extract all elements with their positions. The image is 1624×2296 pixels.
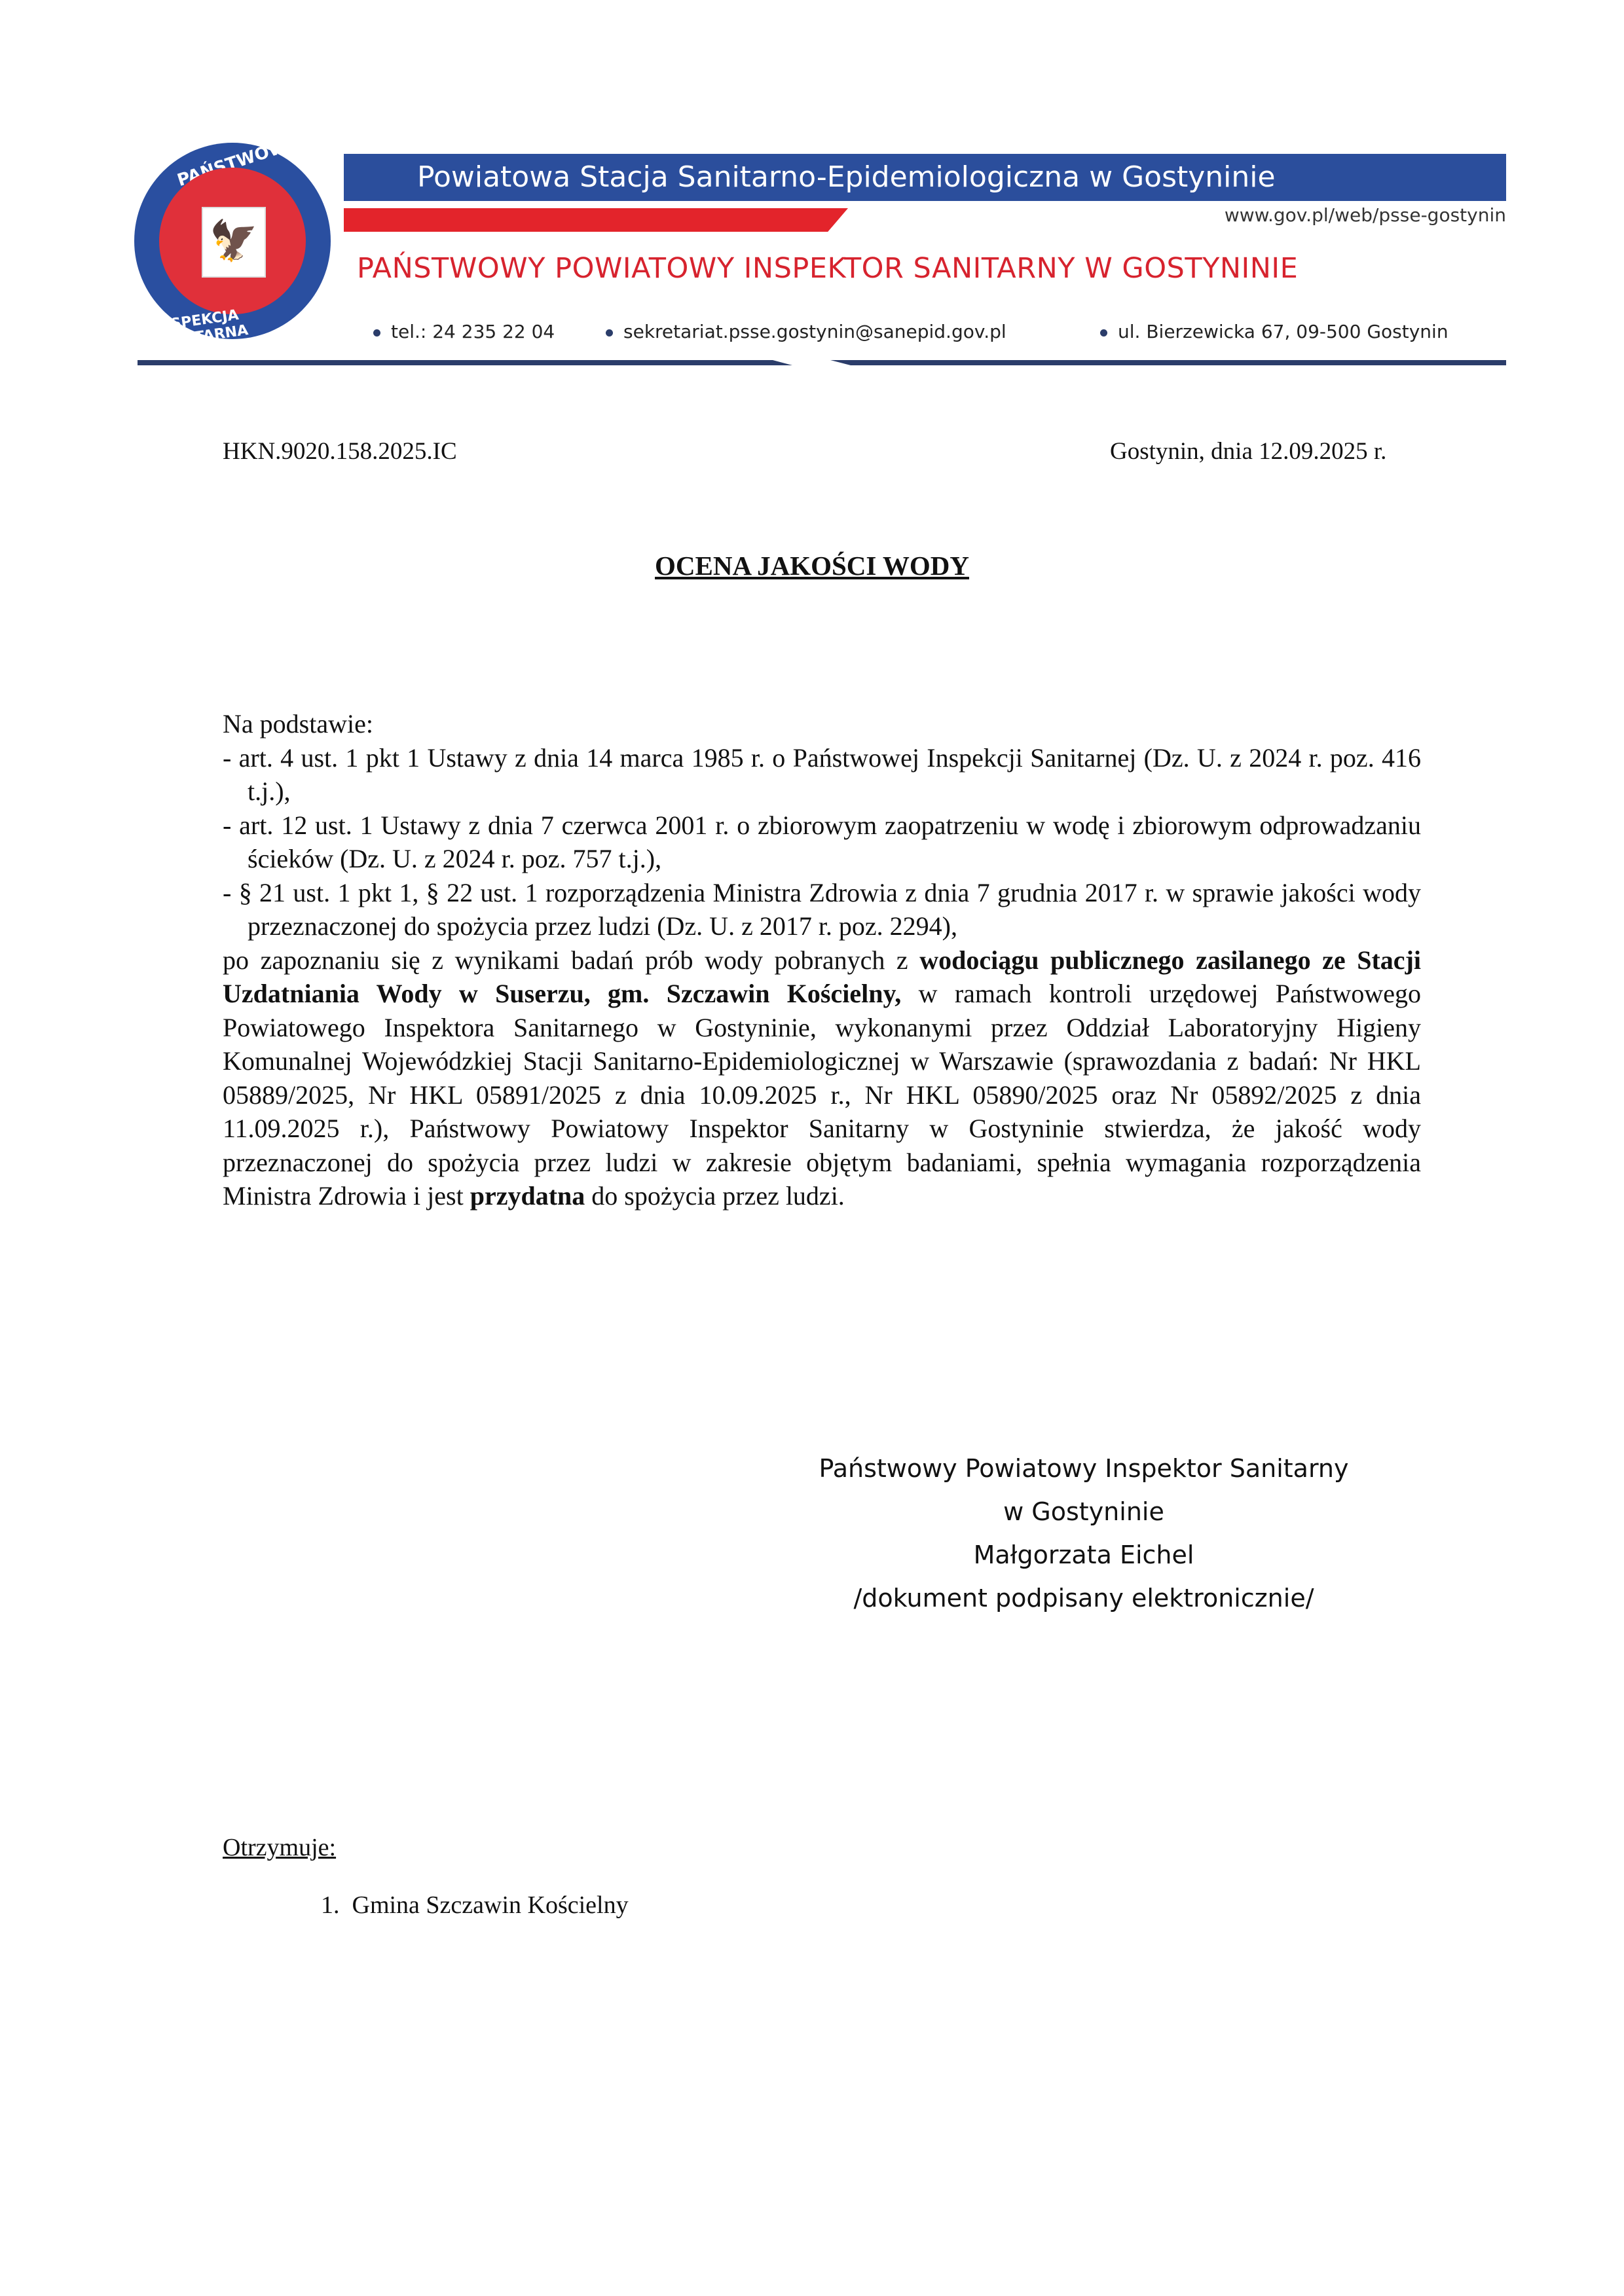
header-divider-left: [138, 360, 792, 365]
header-divider-right: [830, 360, 1506, 365]
bullet-icon: [606, 329, 613, 337]
bullet-icon: [373, 329, 380, 337]
signatory-title: Państwowy Powiatowy Inspektor Sanitarny: [773, 1447, 1395, 1490]
bullet-icon: [1100, 329, 1107, 337]
legal-basis-item: - art. 12 ust. 1 Ustawy z dnia 7 czerwca…: [223, 809, 1421, 876]
document-body: Na podstawie: - art. 4 ust. 1 pkt 1 Usta…: [223, 707, 1421, 1213]
signatory-name: Małgorzata Eichel: [773, 1533, 1395, 1576]
legal-basis-item: - art. 4 ust. 1 pkt 1 Ustawy z dnia 14 m…: [223, 741, 1421, 809]
place-and-date: Gostynin, dnia 12.09.2025 r.: [1110, 437, 1386, 465]
address-text: ul. Bierzewicka 67, 09-500 Gostynin: [1118, 321, 1449, 342]
document-title: OCENA JAKOŚCI WODY: [0, 550, 1624, 581]
verdict: przydatna: [470, 1181, 585, 1211]
findings-text: do spożycia przez ludzi.: [585, 1181, 845, 1211]
inspector-title: PAŃSTWOWY POWIATOWY INSPEKTOR SANITARNY …: [357, 252, 1509, 285]
sanitary-inspection-logo: PAŃSTWOWA 🦅 INSPEKCJA SANITARNA: [134, 143, 331, 339]
contact-address: ul. Bierzewicka 67, 09-500 Gostynin: [1100, 321, 1449, 342]
document-title-text: OCENA JAKOŚCI WODY: [655, 551, 969, 581]
signature-block: Państwowy Powiatowy Inspektor Sanitarny …: [773, 1447, 1395, 1620]
findings-paragraph: po zapoznaniu się z wynikami badań prób …: [223, 943, 1421, 1213]
red-accent-bar: [344, 208, 848, 232]
website-link[interactable]: www.gov.pl/web/psse-gostynin: [1080, 204, 1506, 226]
findings-text: po zapoznaniu się z wynikami badań prób …: [223, 945, 919, 975]
recipient-item: 1. Gmina Szczawin Kościelny: [321, 1891, 629, 1920]
legal-basis-item: - § 21 ust. 1 pkt 1, § 22 ust. 1 rozporz…: [223, 876, 1421, 943]
logo-inner-circle: 🦅: [159, 168, 306, 314]
recipients-label: Otrzymuje:: [223, 1833, 336, 1862]
eagle-icon: 🦅: [203, 217, 265, 264]
phone-text: tel.: 24 235 22 04: [391, 321, 555, 342]
contact-email[interactable]: sekretariat.psse.gostynin@sanepid.gov.pl: [606, 321, 1006, 342]
signature-note: /dokument podpisany elektronicznie/: [773, 1576, 1395, 1620]
document-reference: HKN.9020.158.2025.IC: [223, 437, 457, 465]
findings-text: w ramach kontroli urzędowej Państwowego …: [223, 979, 1421, 1211]
logo-emblem-box: 🦅: [202, 207, 266, 278]
contact-phone: tel.: 24 235 22 04: [373, 321, 555, 342]
institution-banner: Powiatowa Stacja Sanitarno-Epidemiologic…: [344, 154, 1506, 201]
email-text[interactable]: sekretariat.psse.gostynin@sanepid.gov.pl: [623, 321, 1006, 342]
intro-text: Na podstawie:: [223, 707, 1421, 741]
signatory-location: w Gostyninie: [773, 1490, 1395, 1533]
